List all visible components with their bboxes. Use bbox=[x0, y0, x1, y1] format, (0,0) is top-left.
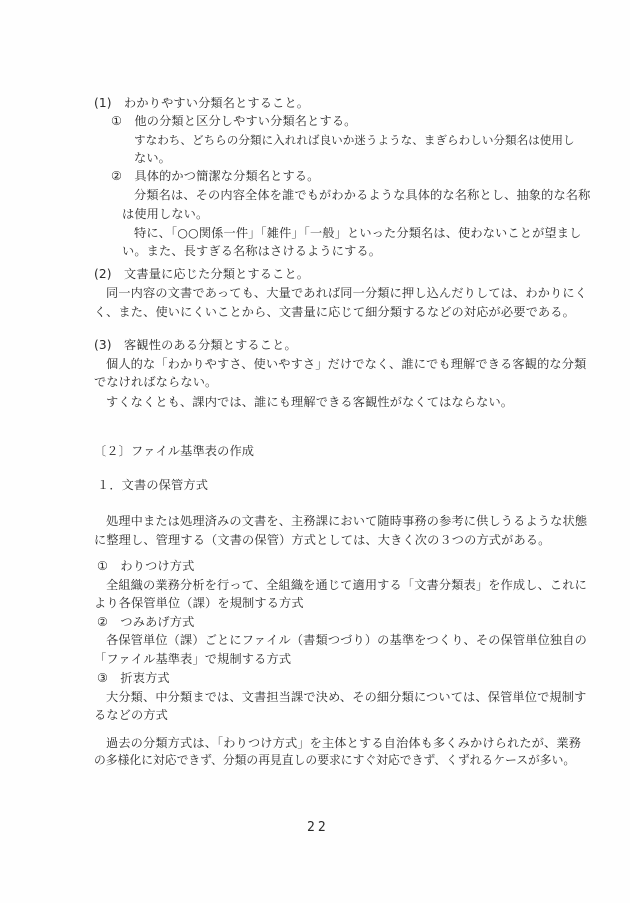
method-1-text: より各保管単位（課）を規制する方式 bbox=[94, 595, 304, 611]
item-1-heading: (1) わかりやすい分類名とすること。 bbox=[94, 95, 309, 111]
method-1-text: 全組織の業務分析を行って、全組織を通じて適用する「文書分類表」を作成し、これに bbox=[106, 577, 587, 593]
item-3-text: すくなくとも、課内では、誰にも理解できる客観性がなくてはならない。 bbox=[106, 394, 513, 410]
intro-text: に整理し、管理する（文書の保管）方式としては、大きく次の３つの方式がある。 bbox=[94, 532, 551, 548]
method-3-text: 大分類、中分類までは、文書担当課で決め、その細分類については、保管単位で規制す bbox=[106, 689, 586, 705]
method-3-text: るなどの方式 bbox=[94, 707, 168, 723]
section-2-title: 〔２〕ファイル基準表の作成 bbox=[94, 443, 254, 459]
method-1-heading: ① わりつけ方式 bbox=[97, 558, 194, 574]
item-1-1-text: すなわち、どちらの分類に入れれば良いか迷うような、まぎらわしい分類名は使用し bbox=[134, 132, 575, 148]
item-3-heading: (3) 客観性のある分類とすること。 bbox=[94, 337, 297, 353]
document-page: (1) わかりやすい分類名とすること。 ① 他の分類と区分しやすい分類名とする。… bbox=[0, 0, 630, 903]
item-1-2-heading: ② 具体的かつ簡潔な分類名とする。 bbox=[111, 168, 319, 184]
method-3-heading: ③ 折衷方式 bbox=[97, 670, 170, 686]
item-2-text: 同一内容の文書であっても、大量であれば同一分類に押し込んだりしては、わかりにく bbox=[106, 285, 587, 301]
item-1-2-text: 分類名は、その内容全体を誰でもがわかるような具体的な名称とし、抽象的な名称 bbox=[134, 187, 591, 203]
section-2-subtitle: １．文書の保管方式 bbox=[97, 477, 208, 493]
item-1-1-text: ない。 bbox=[134, 150, 171, 166]
item-1-2-text: い。また、長すぎる名称はさけるようにする。 bbox=[122, 243, 381, 259]
conclusion-text: 過去の分類方式は、「わりつけ方式」を主体とする自治体も多くみかけられたが、業務 bbox=[106, 735, 581, 751]
item-1-2-text: は使用しない。 bbox=[122, 206, 208, 222]
page-number: 22 bbox=[307, 820, 329, 835]
item-1-2-text: 特に、「○○関係一件」「雑件」「一般」といった分類名は、使わないことが望まし bbox=[134, 225, 581, 241]
item-2-heading: (2) 文書量に応じた分類とすること。 bbox=[94, 266, 309, 282]
item-3-text: でなければならない。 bbox=[94, 374, 217, 390]
conclusion-text: の多様化に対応できず、分類の再見直しの要求にすぐ対応できず、くずれるケースが多い… bbox=[94, 752, 575, 768]
intro-text: 処理中または処理済みの文書を、主務課において随時事務の参考に供しうるような状態 bbox=[106, 513, 587, 529]
method-2-heading: ② つみあげ方式 bbox=[97, 614, 194, 630]
item-2-text: く、また、使いにくいことから、文書量に応じて細分類するなどの対応が必要である。 bbox=[94, 304, 575, 320]
method-2-text: 各保管単位（課）ごとにファイル（書類つづり）の基準をつくり、その保管単位独自の bbox=[106, 632, 587, 648]
method-2-text: 「ファイル基準表」で規制する方式 bbox=[94, 651, 291, 667]
item-3-text: 個人的な「わかりやすさ、使いやすさ」だけでなく、誰にでも理解できる客観的な分類 bbox=[106, 356, 586, 372]
item-1-1-heading: ① 他の分類と区分しやすい分類名とする。 bbox=[111, 113, 357, 129]
